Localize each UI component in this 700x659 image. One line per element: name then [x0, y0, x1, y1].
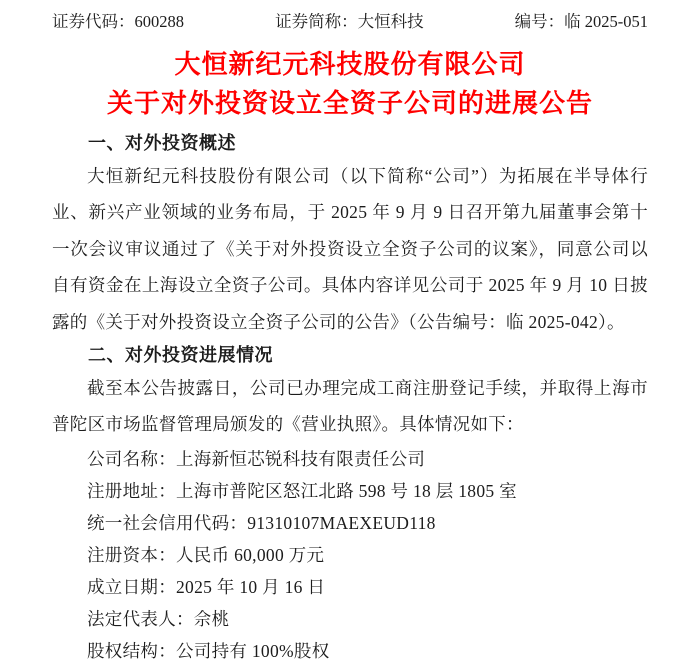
detail-unified-credit-code: 统一社会信用代码：91310107MAEXEUD118	[52, 507, 648, 539]
detail-legal-representative: 法定代表人：佘桃	[52, 603, 648, 635]
section-1-heading: 一、对外投资概述	[52, 128, 648, 158]
announcement-document: 证券代码：600288 证券简称：大恒科技 编号：临 2025-051 大恒新纪…	[0, 0, 700, 659]
announcement-number: 编号：临 2025-051	[515, 10, 648, 34]
document-title-line2: 关于对外投资设立全资子公司的进展公告	[52, 84, 648, 122]
detail-registered-address: 注册地址：上海市普陀区怒江北路 598 号 18 层 1805 室	[52, 475, 648, 507]
section-2-heading: 二、对外投资进展情况	[52, 340, 648, 370]
stock-short-name: 证券简称：大恒科技	[275, 10, 424, 34]
document-title-line1: 大恒新纪元科技股份有限公司	[52, 44, 648, 84]
detail-registered-capital: 注册资本：人民币 60,000 万元	[52, 539, 648, 571]
stock-code: 证券代码：600288	[52, 10, 184, 34]
section-2-paragraph: 截至本公告披露日，公司已办理完成工商注册登记手续，并取得上海市普陀区市场监督管理…	[52, 370, 648, 443]
section-1-paragraph: 大恒新纪元科技股份有限公司（以下简称“公司”）为拓展在半导体行业、新兴产业领域的…	[52, 158, 648, 340]
detail-establishment-date: 成立日期：2025 年 10 月 16 日	[52, 571, 648, 603]
document-header: 证券代码：600288 证券简称：大恒科技 编号：临 2025-051	[52, 10, 648, 34]
detail-company-name: 公司名称：上海新恒芯锐科技有限责任公司	[52, 443, 648, 475]
detail-equity-structure: 股权结构：公司持有 100%股权	[52, 635, 648, 659]
